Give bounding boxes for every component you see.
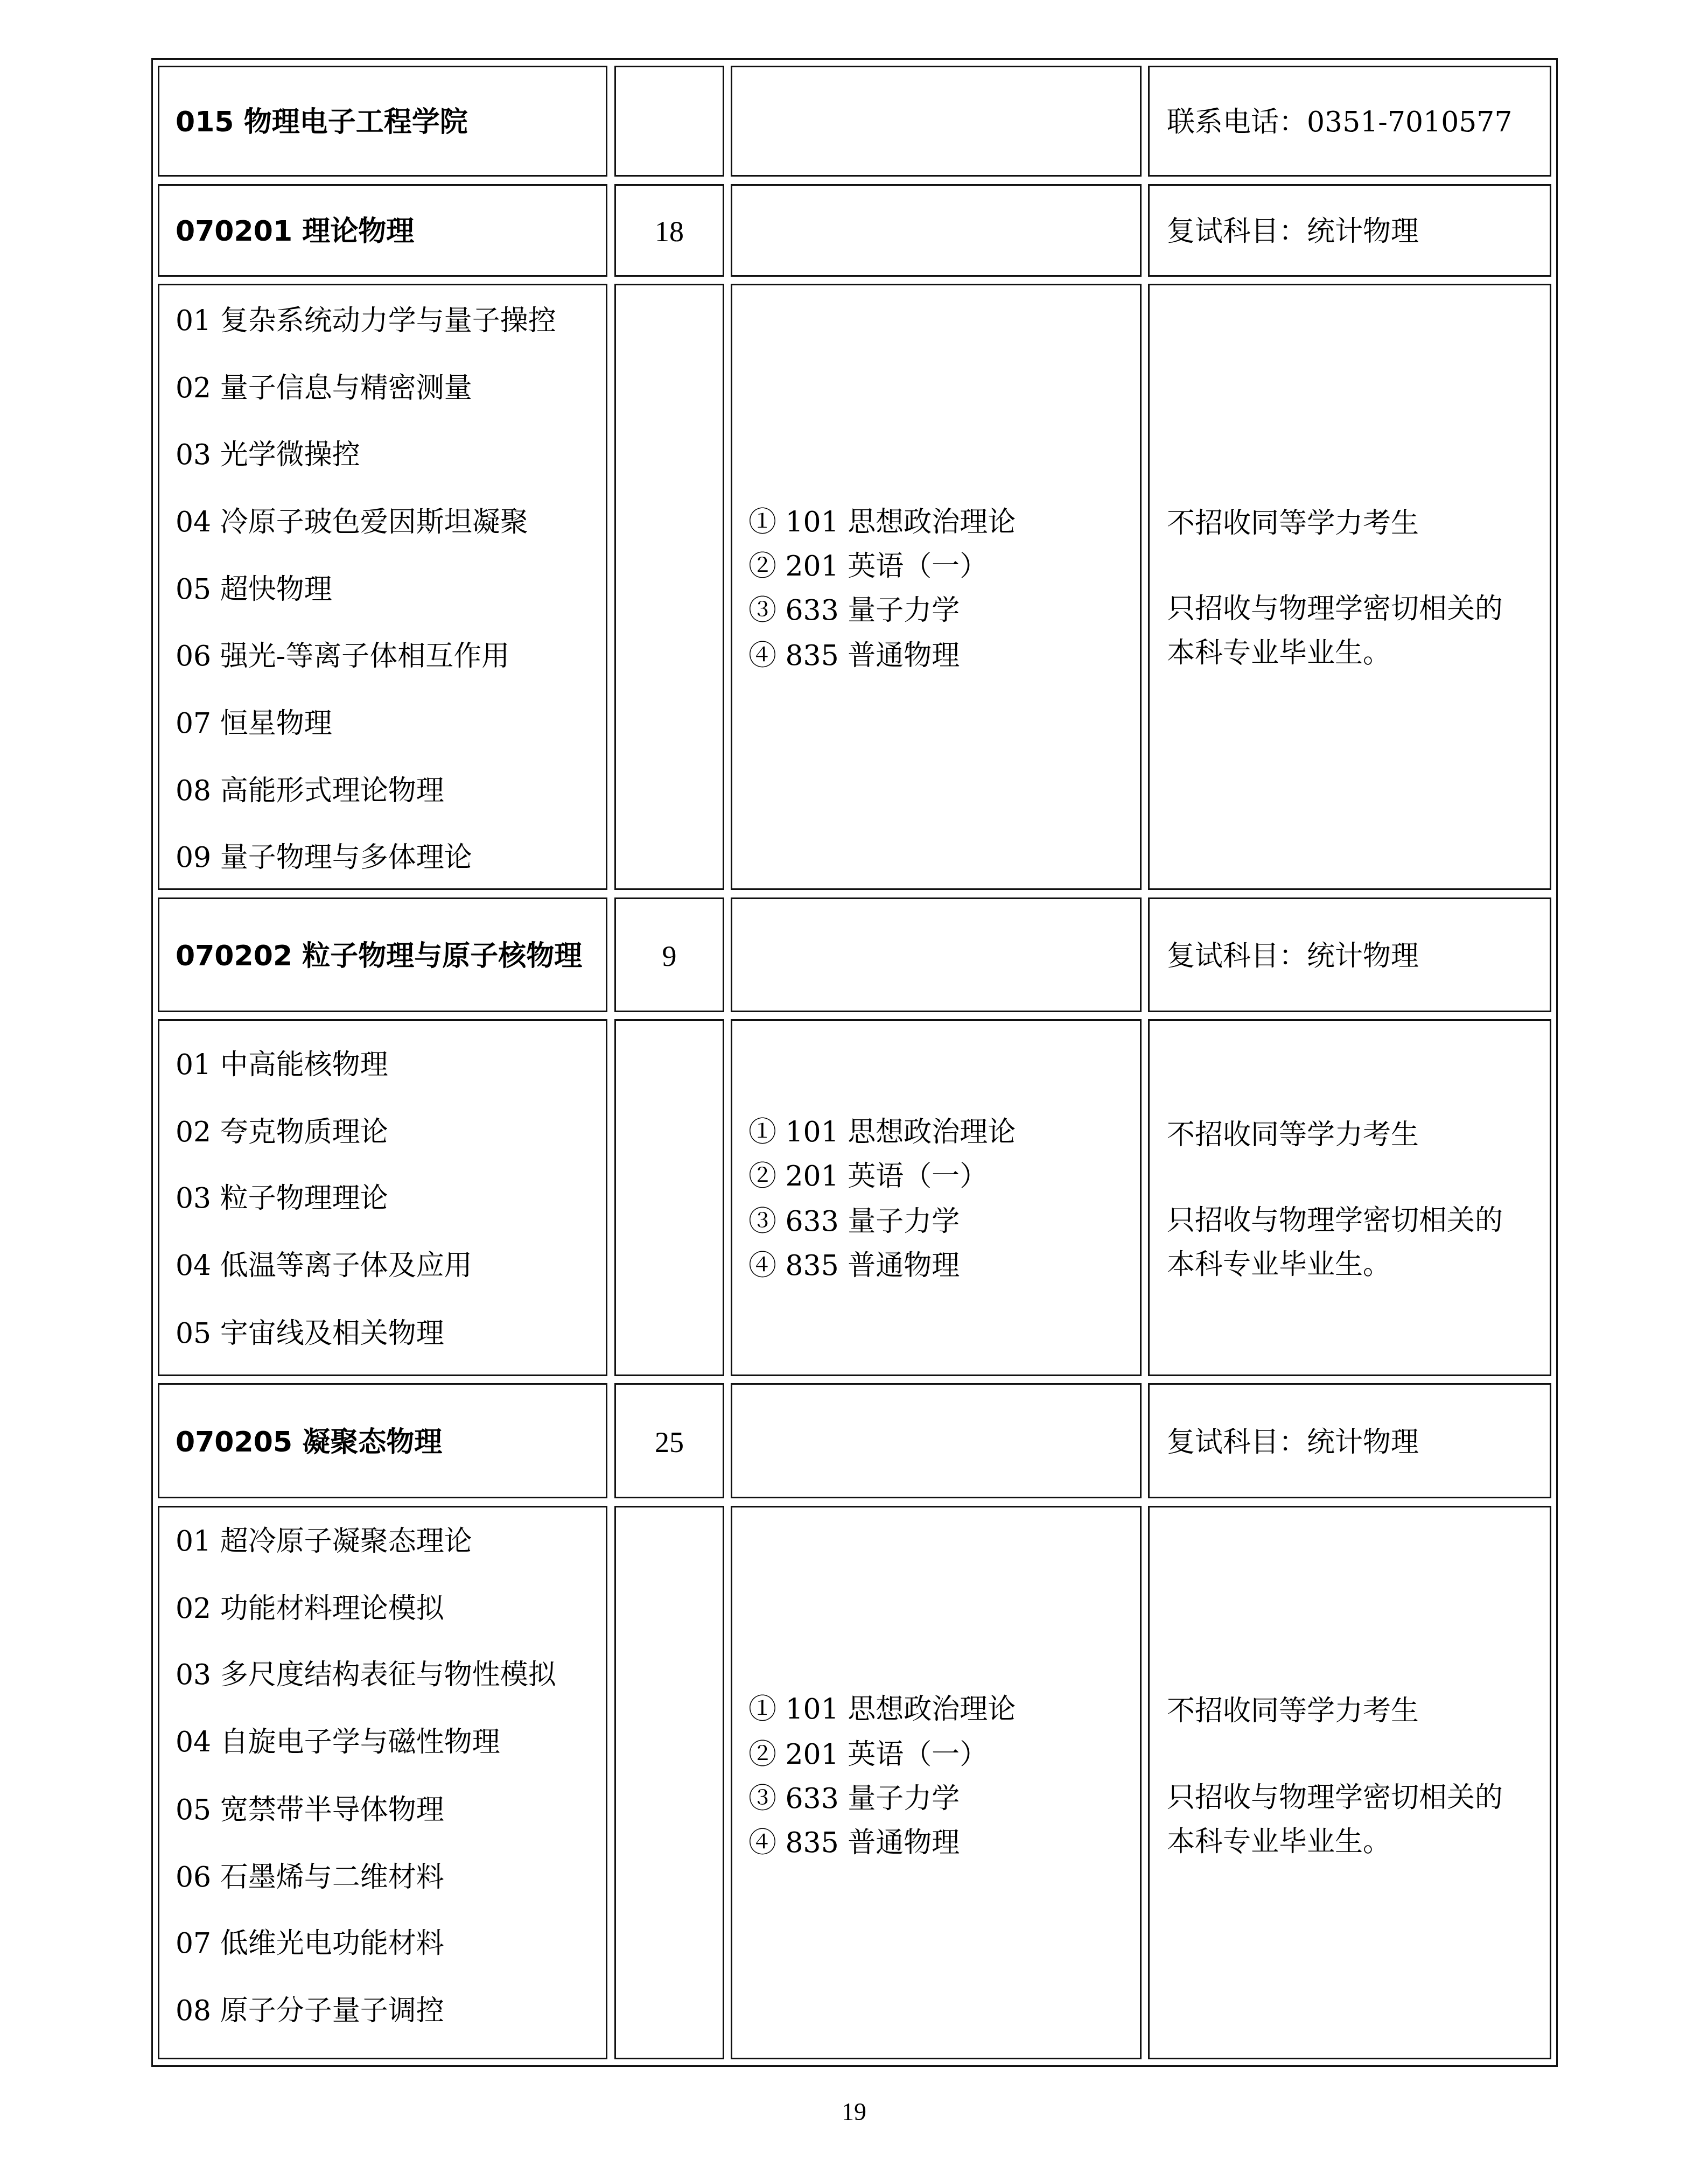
note-line: 只招收与物理学密切相关的 — [1167, 593, 1503, 625]
major-quota: 25 — [616, 1426, 723, 1458]
note-line: 不招收同等学力考生 — [1167, 507, 1419, 539]
note-line: 只招收与物理学密切相关的 — [1167, 1782, 1503, 1814]
retest-subject: 复试科目：统计物理 — [1167, 940, 1419, 972]
major-title-cell: 070202 粒子物理与原子核物理 — [158, 897, 607, 1012]
college-exam-cell — [731, 66, 1142, 177]
notes-cell: 不招收同等学力考生 只招收与物理学密切相关的 本科专业毕业生。 — [1148, 1019, 1551, 1376]
exam-subjects-cell: ① 101 思想政治理论 ② 201 英语（一） ③ 633 量子力学 ④ 83… — [731, 1019, 1142, 1376]
note-line: 只招收与物理学密切相关的 — [1167, 1204, 1503, 1237]
major-quota-cell: 18 — [614, 184, 724, 277]
exam-subject: ③ 633 量子力学 — [748, 594, 960, 627]
exam-subject: ② 201 英语（一） — [748, 1160, 988, 1193]
retest-subject: 复试科目：统计物理 — [1167, 1426, 1419, 1458]
direction-item: 07 恒星物理 — [176, 707, 332, 740]
direction-item: 02 功能材料理论模拟 — [176, 1593, 444, 1625]
direction-item: 03 粒子物理理论 — [176, 1182, 388, 1215]
directions-cell: 01 中高能核物理 02 夸克物质理论 03 粒子物理理论 04 低温等离子体及… — [158, 1019, 607, 1376]
exam-subject: ③ 633 量子力学 — [748, 1205, 960, 1238]
direction-item: 02 夸克物质理论 — [176, 1116, 388, 1148]
direction-item: 05 超快物理 — [176, 573, 332, 606]
directions-cell: 01 复杂系统动力学与量子操控 02 量子信息与精密测量 03 光学微操控 04… — [158, 284, 607, 890]
exam-subject: ① 101 思想政治理论 — [748, 506, 1016, 538]
direction-item: 08 原子分子量子调控 — [176, 1995, 444, 2027]
major-quota-cell: 9 — [614, 897, 724, 1012]
exam-subjects-cell: ① 101 思想政治理论 ② 201 英语（一） ③ 633 量子力学 ④ 83… — [731, 284, 1142, 890]
direction-item: 04 低温等离子体及应用 — [176, 1250, 472, 1282]
direction-item: 09 量子物理与多体理论 — [176, 841, 472, 874]
directions-cell: 01 超冷原子凝聚态理论 02 功能材料理论模拟 03 多尺度结构表征与物性模拟… — [158, 1506, 607, 2059]
note-line: 不招收同等学力考生 — [1167, 1695, 1419, 1727]
direction-item: 03 光学微操控 — [176, 439, 360, 471]
major-quota: 9 — [616, 940, 723, 972]
exam-subject: ① 101 思想政治理论 — [748, 1693, 1016, 1726]
major-exam-cell — [731, 897, 1142, 1012]
major-exam-cell — [731, 1383, 1142, 1498]
major-title-cell: 070205 凝聚态物理 — [158, 1383, 607, 1498]
major-exam-cell — [731, 184, 1142, 277]
major-retest-cell: 复试科目：统计物理 — [1148, 897, 1551, 1012]
college-quota-cell — [614, 66, 724, 177]
direction-item: 01 复杂系统动力学与量子操控 — [176, 305, 556, 337]
note-line: 本科专业毕业生。 — [1167, 1826, 1391, 1858]
directions-quota-cell — [614, 1506, 724, 2059]
major-title: 070205 凝聚态物理 — [176, 1426, 442, 1458]
direction-item: 01 超冷原子凝聚态理论 — [176, 1525, 472, 1558]
exam-subject: ④ 835 普通物理 — [748, 640, 960, 672]
direction-item: 01 中高能核物理 — [176, 1049, 388, 1081]
direction-item: 03 多尺度结构表征与物性模拟 — [176, 1659, 556, 1691]
direction-item: 06 石墨烯与二维材料 — [176, 1861, 444, 1893]
college-name-cell: 015 物理电子工程学院 — [158, 66, 607, 177]
exam-subject: ② 201 英语（一） — [748, 1738, 988, 1771]
major-retest-cell: 复试科目：统计物理 — [1148, 184, 1551, 277]
direction-item: 06 强光-等离子体相互作用 — [176, 640, 509, 672]
direction-item: 07 低维光电功能材料 — [176, 1927, 444, 1960]
notes-cell: 不招收同等学力考生 只招收与物理学密切相关的 本科专业毕业生。 — [1148, 1506, 1551, 2059]
major-retest-cell: 复试科目：统计物理 — [1148, 1383, 1551, 1498]
college-contact-cell: 联系电话：0351-7010577 — [1148, 66, 1551, 177]
exam-subject: ④ 835 普通物理 — [748, 1827, 960, 1859]
direction-item: 05 宇宙线及相关物理 — [176, 1317, 444, 1350]
direction-item: 04 冷原子玻色爱因斯坦凝聚 — [176, 506, 528, 538]
exam-subject: ① 101 思想政治理论 — [748, 1116, 1016, 1148]
major-title: 070201 理论物理 — [176, 215, 414, 248]
college-name: 015 物理电子工程学院 — [176, 106, 468, 138]
note-line: 不招收同等学力考生 — [1167, 1119, 1419, 1151]
major-quota-cell: 25 — [614, 1383, 724, 1498]
direction-item: 05 宽禁带半导体物理 — [176, 1794, 444, 1826]
direction-item: 08 高能形式理论物理 — [176, 775, 444, 807]
exam-subject: ④ 835 普通物理 — [748, 1250, 960, 1282]
exam-subject: ③ 633 量子力学 — [748, 1783, 960, 1815]
major-quota: 18 — [616, 215, 723, 248]
notes-cell: 不招收同等学力考生 只招收与物理学密切相关的 本科专业毕业生。 — [1148, 284, 1551, 890]
major-title: 070202 粒子物理与原子核物理 — [176, 940, 582, 972]
note-line: 本科专业毕业生。 — [1167, 1249, 1391, 1281]
directions-quota-cell — [614, 284, 724, 890]
major-title-cell: 070201 理论物理 — [158, 184, 607, 277]
page-number: 19 — [0, 2097, 1708, 2127]
exam-subject: ② 201 英语（一） — [748, 550, 988, 583]
retest-subject: 复试科目：统计物理 — [1167, 215, 1419, 248]
note-line: 本科专业毕业生。 — [1167, 637, 1391, 669]
directions-quota-cell — [614, 1019, 724, 1376]
exam-subjects-cell: ① 101 思想政治理论 ② 201 英语（一） ③ 633 量子力学 ④ 83… — [731, 1506, 1142, 2059]
direction-item: 04 自旋电子学与磁性物理 — [176, 1726, 500, 1758]
contact-phone: 联系电话：0351-7010577 — [1167, 106, 1513, 138]
direction-item: 02 量子信息与精密测量 — [176, 372, 472, 404]
